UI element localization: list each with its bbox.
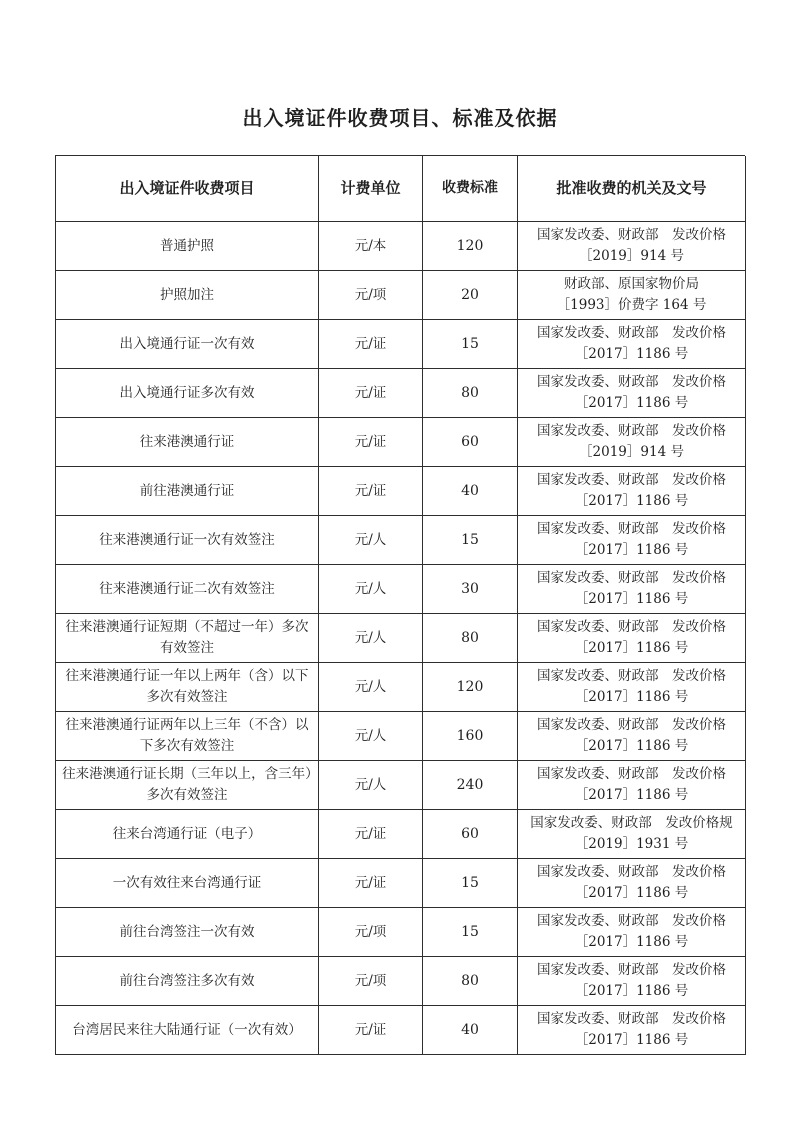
cell-authority: 国家发改委、财政部 发改价格 ［2017］1186 号 <box>518 1006 746 1055</box>
header-fee: 收费标准 <box>423 156 518 222</box>
cell-unit: 元/证 <box>319 369 423 418</box>
table-row: 往来港澳通行证 元/证 60 国家发改委、财政部 发改价格 ［2019］914 … <box>56 418 745 467</box>
cell-authority: 国家发改委、财政部 发改价格规 ［2019］1931 号 <box>518 810 746 859</box>
table-row: 前往台湾签注一次有效 元/项 15 国家发改委、财政部 发改价格 ［2017］1… <box>56 908 745 957</box>
cell-unit: 元/人 <box>319 614 423 663</box>
cell-authority: 国家发改委、财政部 发改价格 ［2017］1186 号 <box>518 859 746 908</box>
table-row: 普通护照 元/本 120 国家发改委、财政部 发改价格 ［2019］914 号 <box>56 222 745 271</box>
cell-item: 往来港澳通行证一年以上两年（含）以下多次有效签注 <box>56 663 319 712</box>
cell-unit: 元/项 <box>319 908 423 957</box>
table-row: 往来台湾通行证（电子） 元/证 60 国家发改委、财政部 发改价格规 ［2019… <box>56 810 745 859</box>
cell-authority: 国家发改委、财政部 发改价格 ［2017］1186 号 <box>518 467 746 516</box>
table-row: 前往港澳通行证 元/证 40 国家发改委、财政部 发改价格 ［2017］1186… <box>56 467 745 516</box>
table-header-row: 出入境证件收费项目 计费单位 收费标准 批准收费的机关及文号 <box>56 156 745 222</box>
cell-authority: 国家发改委、财政部 发改价格 ［2017］1186 号 <box>518 712 746 761</box>
cell-fee: 15 <box>423 516 518 565</box>
cell-item: 往来港澳通行证两年以上三年（不含）以下多次有效签注 <box>56 712 319 761</box>
cell-unit: 元/本 <box>319 222 423 271</box>
table-row: 往来港澳通行证两年以上三年（不含）以下多次有效签注 元/人 160 国家发改委、… <box>56 712 745 761</box>
cell-unit: 元/证 <box>319 467 423 516</box>
table-row: 往来港澳通行证长期（三年以上，含三年）多次有效签注 元/人 240 国家发改委、… <box>56 761 745 810</box>
cell-fee: 40 <box>423 1006 518 1055</box>
cell-authority: 国家发改委、财政部 发改价格 ［2017］1186 号 <box>518 516 746 565</box>
cell-fee: 40 <box>423 467 518 516</box>
cell-fee: 160 <box>423 712 518 761</box>
cell-unit: 元/项 <box>319 271 423 320</box>
fee-table: 出入境证件收费项目 计费单位 收费标准 批准收费的机关及文号 普通护照 元/本 … <box>55 155 745 1055</box>
table-row: 出入境通行证多次有效 元/证 80 国家发改委、财政部 发改价格 ［2017］1… <box>56 369 745 418</box>
table-row: 台湾居民来往大陆通行证（一次有效） 元/证 40 国家发改委、财政部 发改价格 … <box>56 1006 745 1055</box>
table-row: 往来港澳通行证短期（不超过一年）多次有效签注 元/人 80 国家发改委、财政部 … <box>56 614 745 663</box>
cell-item: 往来港澳通行证短期（不超过一年）多次有效签注 <box>56 614 319 663</box>
table-row: 往来港澳通行证一次有效签注 元/人 15 国家发改委、财政部 发改价格 ［201… <box>56 516 745 565</box>
cell-item: 一次有效往来台湾通行证 <box>56 859 319 908</box>
header-authority: 批准收费的机关及文号 <box>518 156 746 222</box>
cell-fee: 15 <box>423 908 518 957</box>
cell-item: 前往台湾签注一次有效 <box>56 908 319 957</box>
cell-fee: 15 <box>423 859 518 908</box>
header-item: 出入境证件收费项目 <box>56 156 319 222</box>
cell-fee: 120 <box>423 663 518 712</box>
cell-authority: 国家发改委、财政部 发改价格 ［2017］1186 号 <box>518 369 746 418</box>
cell-unit: 元/证 <box>319 1006 423 1055</box>
cell-fee: 80 <box>423 614 518 663</box>
cell-authority: 国家发改委、财政部 发改价格 ［2017］1186 号 <box>518 908 746 957</box>
cell-unit: 元/人 <box>319 565 423 614</box>
cell-unit: 元/证 <box>319 859 423 908</box>
cell-unit: 元/证 <box>319 810 423 859</box>
table-row: 往来港澳通行证一年以上两年（含）以下多次有效签注 元/人 120 国家发改委、财… <box>56 663 745 712</box>
cell-unit: 元/人 <box>319 712 423 761</box>
table-row: 出入境通行证一次有效 元/证 15 国家发改委、财政部 发改价格 ［2017］1… <box>56 320 745 369</box>
cell-unit: 元/人 <box>319 663 423 712</box>
cell-authority: 国家发改委、财政部 发改价格 ［2017］1186 号 <box>518 320 746 369</box>
cell-unit: 元/证 <box>319 320 423 369</box>
table-row: 护照加注 元/项 20 财政部、原国家物价局 ［1993］价费字 164 号 <box>56 271 745 320</box>
cell-item: 往来港澳通行证 <box>56 418 319 467</box>
table-body: 普通护照 元/本 120 国家发改委、财政部 发改价格 ［2019］914 号 … <box>56 222 745 1055</box>
cell-fee: 80 <box>423 957 518 1006</box>
table-row: 一次有效往来台湾通行证 元/证 15 国家发改委、财政部 发改价格 ［2017］… <box>56 859 745 908</box>
cell-item: 普通护照 <box>56 222 319 271</box>
cell-unit: 元/人 <box>319 516 423 565</box>
table-row: 往来港澳通行证二次有效签注 元/人 30 国家发改委、财政部 发改价格 ［201… <box>56 565 745 614</box>
cell-fee: 30 <box>423 565 518 614</box>
cell-fee: 240 <box>423 761 518 810</box>
cell-item: 护照加注 <box>56 271 319 320</box>
cell-item: 台湾居民来往大陆通行证（一次有效） <box>56 1006 319 1055</box>
cell-authority: 国家发改委、财政部 发改价格 ［2017］1186 号 <box>518 761 746 810</box>
cell-fee: 120 <box>423 222 518 271</box>
cell-unit: 元/项 <box>319 957 423 1006</box>
cell-fee: 60 <box>423 418 518 467</box>
cell-unit: 元/人 <box>319 761 423 810</box>
cell-fee: 80 <box>423 369 518 418</box>
header-unit: 计费单位 <box>319 156 423 222</box>
cell-authority: 国家发改委、财政部 发改价格 ［2017］1186 号 <box>518 957 746 1006</box>
cell-item: 往来港澳通行证二次有效签注 <box>56 565 319 614</box>
table-row: 前往台湾签注多次有效 元/项 80 国家发改委、财政部 发改价格 ［2017］1… <box>56 957 745 1006</box>
cell-authority: 财政部、原国家物价局 ［1993］价费字 164 号 <box>518 271 746 320</box>
cell-item: 往来台湾通行证（电子） <box>56 810 319 859</box>
cell-authority: 国家发改委、财政部 发改价格 ［2019］914 号 <box>518 222 746 271</box>
cell-fee: 60 <box>423 810 518 859</box>
cell-fee: 20 <box>423 271 518 320</box>
cell-item: 前往港澳通行证 <box>56 467 319 516</box>
cell-authority: 国家发改委、财政部 发改价格 ［2019］914 号 <box>518 418 746 467</box>
cell-item: 往来港澳通行证一次有效签注 <box>56 516 319 565</box>
cell-authority: 国家发改委、财政部 发改价格 ［2017］1186 号 <box>518 614 746 663</box>
cell-fee: 15 <box>423 320 518 369</box>
page-title: 出入境证件收费项目、标准及依据 <box>0 0 800 131</box>
cell-unit: 元/证 <box>319 418 423 467</box>
cell-item: 往来港澳通行证长期（三年以上，含三年）多次有效签注 <box>56 761 319 810</box>
cell-item: 出入境通行证一次有效 <box>56 320 319 369</box>
cell-authority: 国家发改委、财政部 发改价格 ［2017］1186 号 <box>518 565 746 614</box>
cell-item: 出入境通行证多次有效 <box>56 369 319 418</box>
cell-item: 前往台湾签注多次有效 <box>56 957 319 1006</box>
cell-authority: 国家发改委、财政部 发改价格 ［2017］1186 号 <box>518 663 746 712</box>
